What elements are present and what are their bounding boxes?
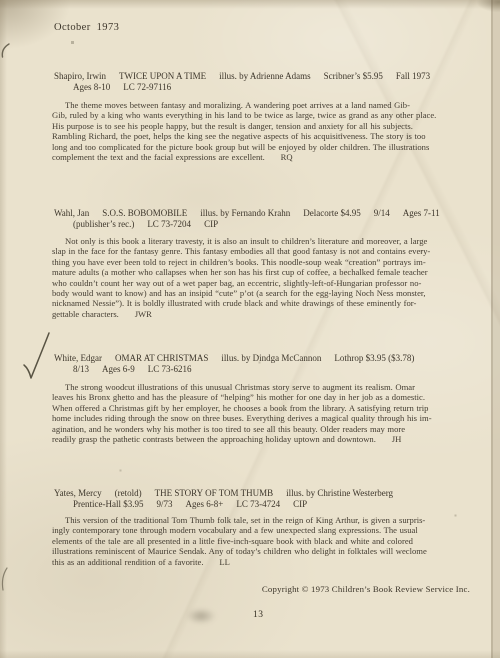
heading-field: Shapiro, Irwin xyxy=(54,71,106,81)
heading-field: (retold) xyxy=(115,488,142,498)
entry-heading-line1: Shapiro, IrwinTWICE UPON A TIMEillus. by… xyxy=(54,71,484,82)
review-line: This version of the traditional Tom Thum… xyxy=(52,515,468,525)
heading-field: Scribner’s $5.95 xyxy=(324,71,383,81)
heading-field: Yates, Mercy xyxy=(54,488,102,498)
heading-field: THE STORY OF TOM THUMB xyxy=(155,488,274,498)
review-line: illustrations reminiscent of Maurice Sen… xyxy=(52,546,468,556)
entry-heading-line2: Ages 8-10LC 72-97116 xyxy=(54,82,484,93)
issue-date: October 1973 xyxy=(54,22,119,33)
heading-field: illus. by Dindga McCannon xyxy=(221,353,321,363)
ink-mark-icon xyxy=(0,42,12,60)
heading-field: (publisher’s rec.) xyxy=(73,219,134,229)
ink-mark-icon xyxy=(0,566,10,592)
heading-field: LC 72-97116 xyxy=(123,82,171,92)
review-line: Rambling Richard, the poet, helps the ki… xyxy=(52,131,468,141)
review-line: slap in the face for the fantasy genre. … xyxy=(52,246,468,256)
book-entry-heading-wahl: Wahl, JanS.O.S. BOBOMOBILEillus. by Fern… xyxy=(54,208,484,229)
heading-field: TWICE UPON A TIME xyxy=(119,71,206,81)
heading-field: Delacorte $4.95 xyxy=(303,208,360,218)
review-line: Not only is this book a literary travest… xyxy=(52,236,468,246)
review-paragraph-shapiro: The theme moves between fantasy and mora… xyxy=(52,100,468,162)
heading-field: illus. by Adrienne Adams xyxy=(219,71,311,81)
smudge-stain xyxy=(186,608,216,624)
review-line: The theme moves between fantasy and mora… xyxy=(52,100,468,110)
entry-heading-line2: Prentice-Hall $3.959/73Ages 6-8+LC 73-47… xyxy=(54,499,484,510)
entry-heading-line1: Yates, Mercy(retold)THE STORY OF TOM THU… xyxy=(54,488,484,499)
heading-field: White, Edgar xyxy=(54,353,102,363)
entry-heading-line2: 8/13Ages 6-9LC 73-6216 xyxy=(54,364,484,375)
review-line: When offered a Christmas gift by her emp… xyxy=(52,403,468,413)
entry-heading-line1: Wahl, JanS.O.S. BOBOMOBILEillus. by Fern… xyxy=(54,208,484,219)
entry-heading-line1: White, EdgarOMAR AT CHRISTMASillus. by D… xyxy=(54,353,484,364)
heading-field: S.O.S. BOBOMOBILE xyxy=(102,208,187,218)
book-entry-heading-yates: Yates, Mercy(retold)THE STORY OF TOM THU… xyxy=(54,488,484,509)
heading-field: Wahl, Jan xyxy=(54,208,89,218)
review-line: this as an additional rendition of a fav… xyxy=(52,557,468,567)
review-line: leaves his Bronx ghetto and has the plea… xyxy=(52,392,468,402)
review-line: home includes riding through the snow on… xyxy=(52,413,468,423)
heading-field: Lothrop $3.95 ($3.78) xyxy=(334,353,414,363)
review-line: who couldn’t count her way out of a wet … xyxy=(52,278,468,288)
heading-field: CIP xyxy=(204,219,218,229)
entry-heading-line2: (publisher’s rec.)LC 73-7204CIP xyxy=(54,219,484,230)
page-number: 13 xyxy=(253,610,264,620)
review-line: His purpose is to see his people happy, … xyxy=(52,121,468,131)
heading-field: 8/13 xyxy=(73,364,89,374)
book-entry-heading-shapiro: Shapiro, IrwinTWICE UPON A TIMEillus. by… xyxy=(54,71,484,92)
review-line: body would want to know) and has an insi… xyxy=(52,288,468,298)
heading-field: illus. by Fernando Krahn xyxy=(200,208,290,218)
review-line: long and too complicated for the picture… xyxy=(52,142,468,152)
review-line: ingly contemporary tone through modern v… xyxy=(52,525,468,535)
heading-field: 9/14 xyxy=(374,208,390,218)
review-line: thing you have ever been told to reject … xyxy=(52,257,468,267)
heading-field: LC 73-6216 xyxy=(148,364,192,374)
review-line: gettable characters. JWR xyxy=(52,309,468,319)
review-line: mature adults (a mother who callapses wh… xyxy=(52,267,468,277)
heading-field: CIP xyxy=(293,499,307,509)
heading-field: Prentice-Hall $3.95 xyxy=(73,499,143,509)
copyright-line: Copyright © 1973 Children’s Book Review … xyxy=(262,584,470,594)
heading-field: Ages 8-10 xyxy=(73,82,110,92)
book-entry-heading-white: White, EdgarOMAR AT CHRISTMASillus. by D… xyxy=(54,353,484,374)
checkmark-annotation-icon xyxy=(22,331,52,383)
review-line: agination, and he wonders why his mother… xyxy=(52,424,468,434)
heading-field: OMAR AT CHRISTMAS xyxy=(115,353,208,363)
review-line: nicknamed Nessie”). It is boldly illustr… xyxy=(52,298,468,308)
heading-field: LC 73-4724 xyxy=(236,499,280,509)
heading-field: Ages 6-8+ xyxy=(186,499,224,509)
heading-field: Ages 6-9 xyxy=(102,364,135,374)
heading-field: Fall 1973 xyxy=(396,71,430,81)
review-paragraph-wahl: Not only is this book a literary travest… xyxy=(52,236,468,319)
heading-field: LC 73-7204 xyxy=(147,219,191,229)
heading-field: illus. by Christine Westerberg xyxy=(286,488,393,498)
review-paragraph-yates: This version of the traditional Tom Thum… xyxy=(52,515,468,567)
review-line: elements of the tale are all presented i… xyxy=(52,536,468,546)
review-line: complement the text and the facial expre… xyxy=(52,152,468,162)
heading-field: 9/73 xyxy=(156,499,172,509)
heading-field: Ages 7-11 xyxy=(403,208,440,218)
review-line: The strong woodcut illustrations of this… xyxy=(52,382,468,392)
review-paragraph-white: The strong woodcut illustrations of this… xyxy=(52,382,468,444)
scanned-page: October 1973 Shapiro, IrwinTWICE UPON A … xyxy=(0,0,500,658)
page-edge-strip xyxy=(493,0,500,658)
dust-specks xyxy=(0,0,1,1)
review-line: readily grasp the pathetic contrasts bet… xyxy=(52,434,468,444)
review-line: Gib, ruled by a king who wants everythin… xyxy=(52,110,468,120)
